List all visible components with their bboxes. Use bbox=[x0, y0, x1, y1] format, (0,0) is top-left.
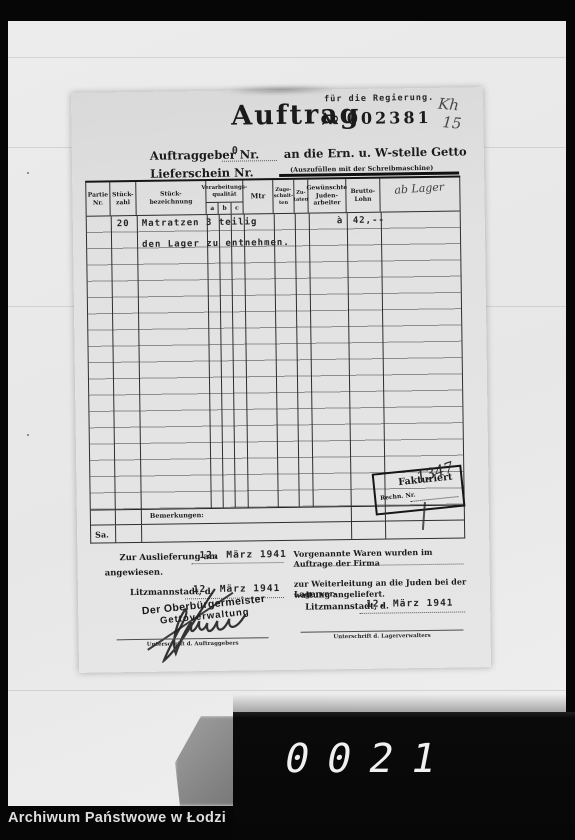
subcol-c: c bbox=[231, 203, 242, 214]
handwritten-corner-note: Kh 15 bbox=[436, 95, 464, 133]
auftraggeber-fill-line bbox=[222, 160, 277, 162]
table-vline bbox=[309, 214, 314, 507]
corner-note-line1: Kh bbox=[437, 95, 464, 115]
row-bruttolohn: 42,-- bbox=[353, 216, 385, 226]
row-bezeichnung-line2: den Lager zu entnehmen. bbox=[142, 238, 290, 250]
bemerkungen-label: Bemerkungen: bbox=[150, 511, 204, 520]
table-vline bbox=[219, 215, 224, 508]
film-speck bbox=[27, 434, 29, 436]
subcol-a: a bbox=[207, 203, 219, 214]
qualitaet-subheader: a b c bbox=[207, 202, 243, 215]
col-header-bezeichnung: Stück- bezeichnung bbox=[136, 181, 206, 215]
summe-row: Sa. bbox=[91, 519, 464, 542]
fakturiert-dotline bbox=[411, 496, 459, 502]
order-table: Partie Nr. Stück- zahl Stück- bezeichnun… bbox=[85, 175, 465, 543]
table-vline bbox=[351, 522, 352, 539]
col-header-partie: Partie Nr. bbox=[86, 182, 110, 215]
subcol-b: b bbox=[219, 203, 231, 214]
auslieferung-date: 12. März 1941 bbox=[199, 549, 287, 561]
row-bezeichnung-line1: Matratzen 3 teilig bbox=[142, 217, 258, 229]
film-speck bbox=[27, 172, 29, 174]
table-vline bbox=[231, 215, 236, 508]
archive-label: Archiwum Państwowe w Łodzi bbox=[8, 810, 226, 826]
summe-label: Sa. bbox=[95, 529, 109, 539]
auslieferung-fill-line bbox=[192, 562, 284, 564]
table-vline bbox=[351, 507, 352, 521]
table-vline bbox=[385, 522, 386, 539]
table-vline bbox=[115, 525, 116, 542]
table-vline bbox=[295, 214, 300, 507]
corner-note-line2: 15 bbox=[442, 113, 463, 133]
auftraggeber-value: 0 bbox=[232, 146, 239, 157]
table-vline bbox=[385, 507, 386, 521]
row-price-prefix: à bbox=[337, 216, 344, 226]
table-body: 20 Matratzen 3 teilig den Lager zu entne… bbox=[87, 211, 464, 509]
col-header-bruttolohn: Brutto- Lohn bbox=[346, 179, 380, 212]
table-vline bbox=[137, 216, 142, 509]
table-vline bbox=[141, 510, 142, 524]
qualitaet-label: Verarbeitungs- qualität bbox=[201, 180, 247, 202]
table-vline bbox=[115, 510, 116, 524]
col-header-zugeschnitten: Zuge- schnit- ten bbox=[273, 180, 294, 213]
city-date-right-fill-line bbox=[359, 611, 465, 613]
col-header-judenarbeiter: Gewünschte Juden- arbeiter bbox=[308, 179, 346, 213]
film-scratch bbox=[8, 57, 566, 58]
counter-shadow-top bbox=[233, 694, 566, 712]
number-symbol: № bbox=[321, 109, 342, 128]
table-vline bbox=[207, 215, 212, 508]
table-vline bbox=[111, 216, 116, 509]
table-vline bbox=[381, 213, 386, 506]
col-header-qualitaet: Verarbeitungs- qualität a b c bbox=[206, 181, 243, 215]
row-stueckzahl: 20 bbox=[117, 219, 130, 229]
col-header-mtr: Mtr bbox=[243, 180, 273, 213]
table-vline bbox=[141, 525, 142, 542]
angewiesen-label: angewiesen. bbox=[105, 568, 163, 579]
auftraggeber-recipient: an die Ern. u. W-stelle Getto bbox=[284, 144, 467, 161]
signature-scrawl bbox=[133, 586, 274, 663]
order-number: 002381 bbox=[347, 108, 432, 128]
counter-digits: 0021 bbox=[281, 736, 458, 782]
city-date-right-value: 12. März 1941 bbox=[366, 598, 454, 610]
film-scratch bbox=[8, 690, 566, 691]
table-vline bbox=[274, 214, 279, 507]
frame-counter: 0021 bbox=[233, 712, 575, 840]
table-vline bbox=[347, 213, 352, 506]
order-form-document: für die Regierung. Auftrag № 002381 Kh 1… bbox=[71, 87, 491, 673]
col-header-stueckzahl: Stück- zahl bbox=[110, 182, 136, 215]
table-vline bbox=[244, 214, 249, 507]
signature-caption-right: Unterschrift d. Lagerverwalters bbox=[301, 632, 464, 640]
